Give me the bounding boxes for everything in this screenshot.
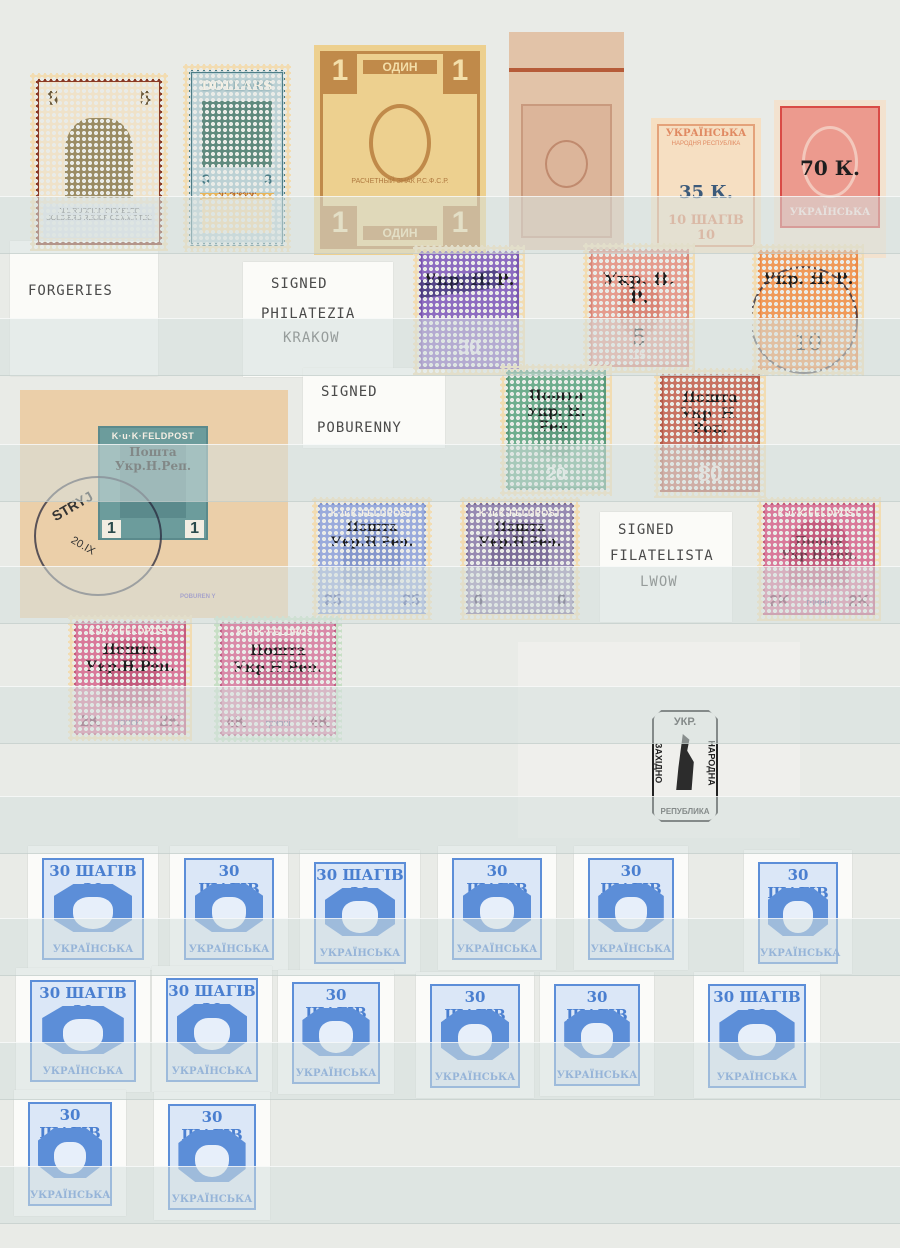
stamp-feldpost-4k[interactable]: K·u·K·FELDPOST Пошта Укр.Н.Реп. 4K гривн… bbox=[214, 616, 342, 742]
stamp-30-shahiv[interactable]: 30 ШАГІВ 30 УКРАЇНСЬКА bbox=[540, 972, 654, 1096]
stamp-30-shahiv[interactable]: 30 ШАГІВ 30 УКРАЇНСЬКА bbox=[438, 846, 556, 970]
feldpost-header: K·u·K·FELDPOST bbox=[468, 508, 572, 518]
postmark: STRYJ 20.IX bbox=[34, 476, 162, 596]
value-right: 2K bbox=[160, 713, 180, 731]
portrait-icon bbox=[738, 1024, 776, 1056]
portrait-icon bbox=[195, 1145, 229, 1178]
note-signed-philatelia: SIGNED PHILATEZIA KRAKOW bbox=[243, 262, 393, 377]
stamp-austria-30-ukr-np[interactable]: Укр. Н. Р. 30 bbox=[413, 245, 525, 375]
value-tl: 1 bbox=[323, 54, 357, 94]
stamp-30-shahiv[interactable]: 30 ШАГІВ 30 УКРАЇНСЬКА bbox=[300, 850, 420, 974]
country-label: УКРАЇНСЬКА bbox=[454, 944, 540, 955]
stamp-frame: 30 ШАГІВ 30 УКРАЇНСЬКА bbox=[30, 980, 136, 1082]
value: 20 bbox=[509, 464, 603, 485]
stamp-feldpost-2k-a[interactable]: K·u·K·FELDPOST Пошта Укр.Н.Реп. 2K гривн… bbox=[757, 497, 881, 621]
overprint-2: Укр.Н.Реп. bbox=[76, 660, 184, 675]
value-right: 25 bbox=[402, 592, 420, 610]
value-left: 3 bbox=[202, 171, 210, 187]
country-label: УКРАЇНСЬКА bbox=[168, 1066, 256, 1077]
overprint-1: Пошта bbox=[765, 535, 873, 548]
overprint-2: Укр. Н. Реп. bbox=[509, 405, 603, 434]
overprint-2: Укр.Н.Реп. bbox=[320, 536, 424, 550]
stamp-frame: 30 ШАГІВ 30 УКРАЇНСЬКА bbox=[430, 984, 520, 1088]
value-right: 5 bbox=[140, 88, 151, 111]
stamp-30-shahiv[interactable]: 30 ШАГІВ 30 УКРАЇНСЬКА bbox=[16, 968, 150, 1092]
feldpost-header: K·u·K·FELDPOST bbox=[222, 627, 334, 637]
stamp-frame: 30 ШАГІВ 30 УКРАЇНСЬКА bbox=[708, 984, 806, 1088]
stamp-brown-imperf-margin[interactable] bbox=[509, 32, 624, 250]
mid-label: РАСЧЕТНЫЙ ЗНАК Р.С.Ф.С.Р. bbox=[337, 178, 463, 185]
country-label: УКРАЇНСЬКА bbox=[316, 948, 404, 959]
stamp-disabled-soldiers-5c[interactable]: 5 5 ALL RUSSIAN DISABLED SOLDIERS RELIEF… bbox=[30, 73, 168, 251]
country-label: УКРАЇНСЬКА bbox=[44, 944, 142, 955]
overprint-2: Укр.Н.Реп. bbox=[765, 549, 873, 562]
stamp-feldpost-6[interactable]: K·u·K·FELDPOST Пошта Укр.Н.Реп. 6 6 bbox=[460, 497, 580, 620]
stamp-30-shahiv[interactable]: 30 ШАГІВ 30 УКРАЇНСЬКА bbox=[574, 846, 688, 970]
value-right: 2K bbox=[849, 593, 869, 611]
stamp-frame: 30 ШАГІВ 30 УКРАЇНСЬКА bbox=[452, 858, 542, 960]
country-label: УКРАЇНСЬКА bbox=[760, 948, 836, 959]
top-label: ОДИН bbox=[363, 60, 437, 74]
top-label: УКРАЇНСЬКА bbox=[659, 128, 753, 139]
feldpost-header: K·u·K·FELDPOST bbox=[765, 508, 873, 518]
country-label: УКРАЇНСЬКА bbox=[294, 1068, 378, 1079]
stamp-30-shahiv[interactable]: 30 ШАГІВ 30 УКРАЇНСЬКА bbox=[744, 850, 852, 974]
stamp-frame: 30 ШАГІВ 30 УКРАЇНСЬКА bbox=[42, 858, 144, 960]
postmark-date: 20.IX bbox=[69, 534, 97, 557]
portrait-icon bbox=[615, 897, 648, 928]
handstamp-top: УКР. bbox=[654, 716, 716, 728]
stamp-30-shahiv[interactable]: 30 ШАГІВ 30 УКРАЇНСЬКА bbox=[278, 970, 394, 1094]
value-left: 6 bbox=[474, 592, 483, 610]
handstamp-left: ЗАХІДНО bbox=[653, 743, 663, 784]
stamp-ukraine-10-shahiv-35k[interactable]: УКРАЇНСЬКА НАРОДНЯ РЕСПУБЛІКА 35 К. 10 Ш… bbox=[651, 118, 761, 253]
country-label: УКРАЇНСЬКА bbox=[30, 1190, 110, 1201]
country-label: УКРАЇНСЬКА bbox=[170, 1194, 254, 1205]
value-left: 5 bbox=[47, 88, 58, 111]
overprint-1: Пошта bbox=[222, 644, 334, 659]
stamp-30-shahiv[interactable]: 30 ШАГІВ 30 УКРАЇНСЬКА bbox=[170, 846, 288, 970]
portrait-icon bbox=[54, 1142, 86, 1174]
overprint-1: Пошта bbox=[320, 521, 424, 535]
handstamp-right: НАРОДНА bbox=[706, 740, 716, 785]
stamp-30-shahiv[interactable]: 30 ШАГІВ 30 УКРАЇНСЬКА bbox=[152, 966, 272, 1092]
zunr-handstamp: УКР. ЗАХІДНО НАРОДНА РЕПУБЛИКА bbox=[652, 710, 718, 822]
overprint: 70 К. bbox=[782, 158, 878, 179]
portrait-icon bbox=[73, 897, 112, 928]
stamp-frame: 30 ШАГІВ 30 УКРАЇНСЬКА bbox=[292, 982, 380, 1084]
lion-icon bbox=[674, 734, 696, 790]
value: 80 bbox=[663, 461, 757, 487]
stamp-frame: 30 ШАГІВ 30 УКРАЇНСЬКА bbox=[588, 858, 674, 960]
country-label: УКРАЇНСЬКА bbox=[32, 1066, 134, 1077]
country-label: УКРАЇНСЬКА bbox=[556, 1070, 638, 1081]
note-forgeries: FORGERIES bbox=[10, 241, 158, 376]
value-right: 3 bbox=[264, 171, 272, 187]
stamp-frame: 30 ШАГІВ 30 УКРАЇНСЬКА bbox=[758, 862, 838, 964]
country-label: УКРАЇНСЬКА bbox=[590, 944, 672, 955]
overprint-2: Укр.Н.Реп. bbox=[100, 460, 206, 473]
sub-label: НАРОДНЯ РЕСПУБЛІКА bbox=[659, 141, 753, 147]
value-right: 1 bbox=[185, 520, 204, 538]
note-signed-filatelista: SIGNED FILATELISTA LWOW bbox=[600, 512, 732, 622]
stamp-frame: 30 ШАГІВ 30 УКРАЇНСЬКА bbox=[28, 1102, 112, 1206]
portrait-icon bbox=[194, 1018, 229, 1050]
postmark-town: STRYJ bbox=[49, 488, 96, 524]
title: DOLLARS bbox=[192, 79, 282, 94]
value-right: 4K bbox=[310, 714, 330, 732]
stockbook-strip bbox=[0, 1166, 900, 1224]
note-signed-poburenny: SIGNED POBURENNY bbox=[303, 368, 445, 448]
stamp-frame: 30 ШАГІВ 30 УКРАЇНСЬКА bbox=[166, 978, 258, 1082]
stamp-austria-80-poshta[interactable]: Пошта Укр. Н. Реп. 80 bbox=[654, 368, 766, 498]
portrait-icon bbox=[480, 897, 514, 928]
bottom-label: 10 ШАГІВ 10 bbox=[659, 213, 753, 243]
handstamp-bottom: РЕПУБЛИКА bbox=[654, 807, 716, 816]
stamp-30-shahiv[interactable]: 30 ШАГІВ 30 УКРАЇНСЬКА bbox=[694, 972, 820, 1098]
bottom-label: УКРАЇНСЬКА bbox=[782, 207, 878, 218]
country-label: УКРАЇНСЬКА bbox=[710, 1072, 804, 1083]
portrait-icon bbox=[212, 897, 246, 928]
stamp-frame: 30 ШАГІВ 30 УКРАЇНСЬКА bbox=[314, 862, 406, 964]
caption: ALL RUSSIAN DISABLED SOLDIERS RELIEF COM… bbox=[43, 204, 155, 238]
stamp-austria-15-ukr-np-10[interactable]: Укр. Н. Р. 10 bbox=[752, 244, 864, 376]
overprint: Укр. Н. Р. bbox=[592, 272, 686, 308]
value: 30 bbox=[422, 337, 516, 360]
country-label: УКРАЇНСЬКА bbox=[432, 1072, 518, 1083]
value-bl: 1 bbox=[323, 206, 357, 246]
postmark bbox=[750, 266, 858, 374]
portrait-icon bbox=[319, 1021, 353, 1052]
stamp-ukraine-50-shahiv-70k[interactable]: 70 К. УКРАЇНСЬКА bbox=[774, 100, 886, 258]
surcharge: 5 bbox=[592, 327, 686, 350]
portrait-icon bbox=[342, 901, 377, 932]
overprint-2: Укр. Н. Реп. bbox=[663, 407, 757, 436]
feldpost-header: K·u·K·FELDPOST bbox=[320, 508, 424, 518]
stamp-rsfsr-1-ruble[interactable]: 1 1 ОДИН РАСЧЕТНЫЙ ЗНАК Р.С.Ф.С.Р. 1 1 О… bbox=[314, 45, 486, 255]
piece-stryj-cover[interactable]: K·u·K·FELDPOST Пошта Укр.Н.Реп. 1 1 STRY… bbox=[20, 390, 288, 618]
stamp-feldpost-25[interactable]: K·u·K·FELDPOST Пошта Укр.Н.Реп. 25 25 bbox=[312, 497, 432, 620]
country-label: УКРАЇНСЬКА bbox=[186, 944, 272, 955]
feldpost-header: K·u·K·FELDPOST bbox=[76, 626, 184, 636]
portrait-icon bbox=[783, 901, 813, 932]
stamp-austria-15-ukr-np-5[interactable]: Укр. Н. Р. 5 15 bbox=[583, 243, 695, 373]
portrait-icon bbox=[458, 1024, 492, 1056]
stamp-30-shahiv[interactable]: 30 ШАГІВ 30 УКРАЇНСЬКА bbox=[28, 846, 158, 970]
overprint-2: Укр.Н.Реп. bbox=[222, 661, 334, 676]
overprint-1: Пошта bbox=[663, 391, 757, 406]
stamp-30-shahiv[interactable]: 30 ШАГІВ 30 УКРАЇНСЬКА bbox=[154, 1092, 270, 1220]
stamp-3-dollars[interactable]: DOLLARS 3 3 ALL RUSSIAN bbox=[183, 64, 291, 252]
stamp-30-shahiv[interactable]: 30 ШАГІВ 30 УКРАЇНСЬКА bbox=[416, 972, 534, 1098]
overprint: 35 К. bbox=[659, 184, 753, 203]
overprint-2: Укр.Н.Реп. bbox=[468, 536, 572, 550]
stamp-frame: 30 ШАГІВ 30 УКРАЇНСЬКА bbox=[554, 984, 640, 1086]
value-left: 25 bbox=[324, 592, 342, 610]
value-right: 6 bbox=[557, 592, 566, 610]
overprint-1: Пошта bbox=[509, 389, 603, 404]
overprint-1: Пошта bbox=[76, 643, 184, 658]
overprint-1: Пошта bbox=[468, 521, 572, 535]
stamp-frame: 30 ШАГІВ 30 УКРАЇНСЬКА bbox=[184, 858, 274, 960]
stamp-30-shahiv[interactable]: 30 ШАГІВ 30 УКРАЇНСЬКА bbox=[14, 1090, 126, 1216]
expert-signature: POBUREN Y bbox=[180, 594, 216, 600]
value-br: 1 bbox=[443, 206, 477, 246]
stamp-feldpost-2k-b[interactable]: K·u·K·FELDPOST Пошта Укр.Н.Реп. 2K гривн… bbox=[68, 615, 192, 741]
overprint-1: Пошта bbox=[100, 446, 206, 459]
stamp-frame: 30 ШАГІВ 30 УКРАЇНСЬКА bbox=[168, 1104, 256, 1210]
portrait-icon bbox=[63, 1019, 104, 1050]
bottom-label: ОДИН bbox=[363, 226, 437, 240]
value-tr: 1 bbox=[443, 54, 477, 94]
stamp-austria-20-poshta[interactable]: Пошта Укр. Н. Реп. 20 bbox=[500, 364, 612, 496]
feldpost-header: K·u·K·FELDPOST bbox=[100, 431, 206, 441]
portrait-icon bbox=[581, 1023, 614, 1054]
